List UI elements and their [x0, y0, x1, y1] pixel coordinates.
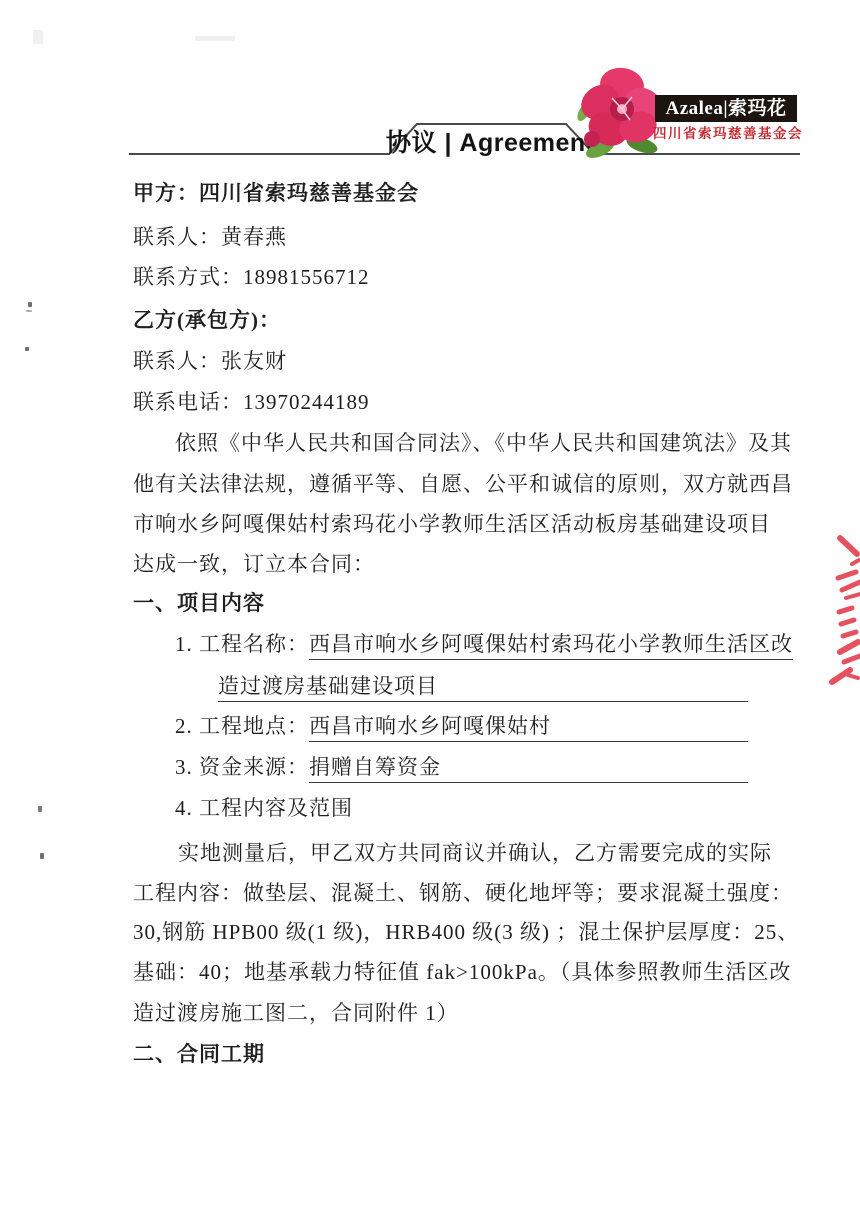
scanned-agreement-page: 协议 | Agreement Azalea|索玛花 四川省索玛慈善基金会 甲方： [0, 0, 860, 1213]
project-location-line: 2. 工程地点：西昌市响水乡阿嘎倮姑村 [175, 711, 748, 742]
project-name-value: 西昌市响水乡阿嘎倮姑村索玛花小学教师生活区改 [309, 629, 793, 660]
foundation-logo: Azalea|索玛花 四川省索玛慈善基金会 [570, 55, 810, 165]
preamble-line-2: 他有关法律法规，遵循平等、自愿、公平和诚信的原则，双方就西昌 [133, 469, 793, 499]
party-b-line: 乙方(承包方)： [133, 305, 281, 335]
party-a-contact-line: 联系人：黄春燕 [133, 222, 287, 252]
project-name-label: 1. 工程名称： [175, 629, 309, 660]
section-1-heading: 一、项目内容 [133, 588, 265, 618]
scan-smudge [195, 36, 235, 41]
party-b-contact-line: 联系人：张友财 [133, 346, 287, 376]
page-title: 协议 | Agreement [386, 127, 586, 161]
scope-line-2: 工程内容：做垫层、混凝土、钢筋、硬化地坪等；要求混凝土强度： [133, 878, 793, 908]
logo-brand-text: Azalea|索玛花 [655, 95, 797, 122]
scan-speck [25, 347, 29, 351]
party-a-line: 甲方：四川省索玛慈善基金会 [133, 178, 419, 208]
scan-speck [28, 302, 32, 307]
scan-speck [38, 806, 42, 812]
funding-source-line: 3. 资金来源：捐赠自筹资金 [175, 752, 748, 783]
party-b-phone-line: 联系电话：13970244189 [133, 387, 370, 417]
scope-heading-line: 4. 工程内容及范围 [175, 793, 353, 823]
project-location-label: 2. 工程地点： [175, 711, 309, 742]
scope-line-5: 造过渡房施工图二，合同附件 1） [133, 998, 459, 1028]
scope-line-4: 基础：40；地基承载力特征值 fak>100kPa。（具体参照教师生活区改 [133, 957, 791, 987]
party-a-phone-line: 联系方式：18981556712 [133, 262, 370, 292]
preamble-line-1: 依照《中华人民共和国合同法》、《中华人民共和国建筑法》及其 [175, 428, 792, 458]
project-name-line-1: 1. 工程名称：西昌市响水乡阿嘎倮姑村索玛花小学教师生活区改 [175, 629, 748, 660]
scope-line-1: 实地测量后，甲乙双方共同商议并确认，乙方需要完成的实际 [178, 838, 772, 868]
scan-speck [26, 310, 32, 312]
scope-line-3: 30,钢筋 HPB00 级(1 级)，HRB400 级(3 级) ；混土保护层厚… [133, 917, 799, 947]
red-seal-fragment [812, 520, 860, 705]
funding-source-value: 捐赠自筹资金 [309, 752, 748, 783]
funding-source-label: 3. 资金来源： [175, 752, 309, 783]
project-name-value-cont: 造过渡房基础建设项目 [218, 671, 748, 702]
scan-speck [40, 853, 44, 859]
scan-smudge [33, 30, 43, 44]
section-2-heading: 二、合同工期 [133, 1039, 265, 1069]
project-location-value: 西昌市响水乡阿嘎倮姑村 [309, 711, 748, 742]
preamble-line-3: 市响水乡阿嘎倮姑村索玛花小学教师生活区活动板房基础建设项目 [133, 509, 771, 539]
project-name-line-2: 造过渡房基础建设项目 [218, 671, 748, 702]
logo-org-text: 四川省索玛慈善基金会 [653, 125, 803, 143]
preamble-line-4: 达成一致，订立本合同： [133, 549, 375, 579]
